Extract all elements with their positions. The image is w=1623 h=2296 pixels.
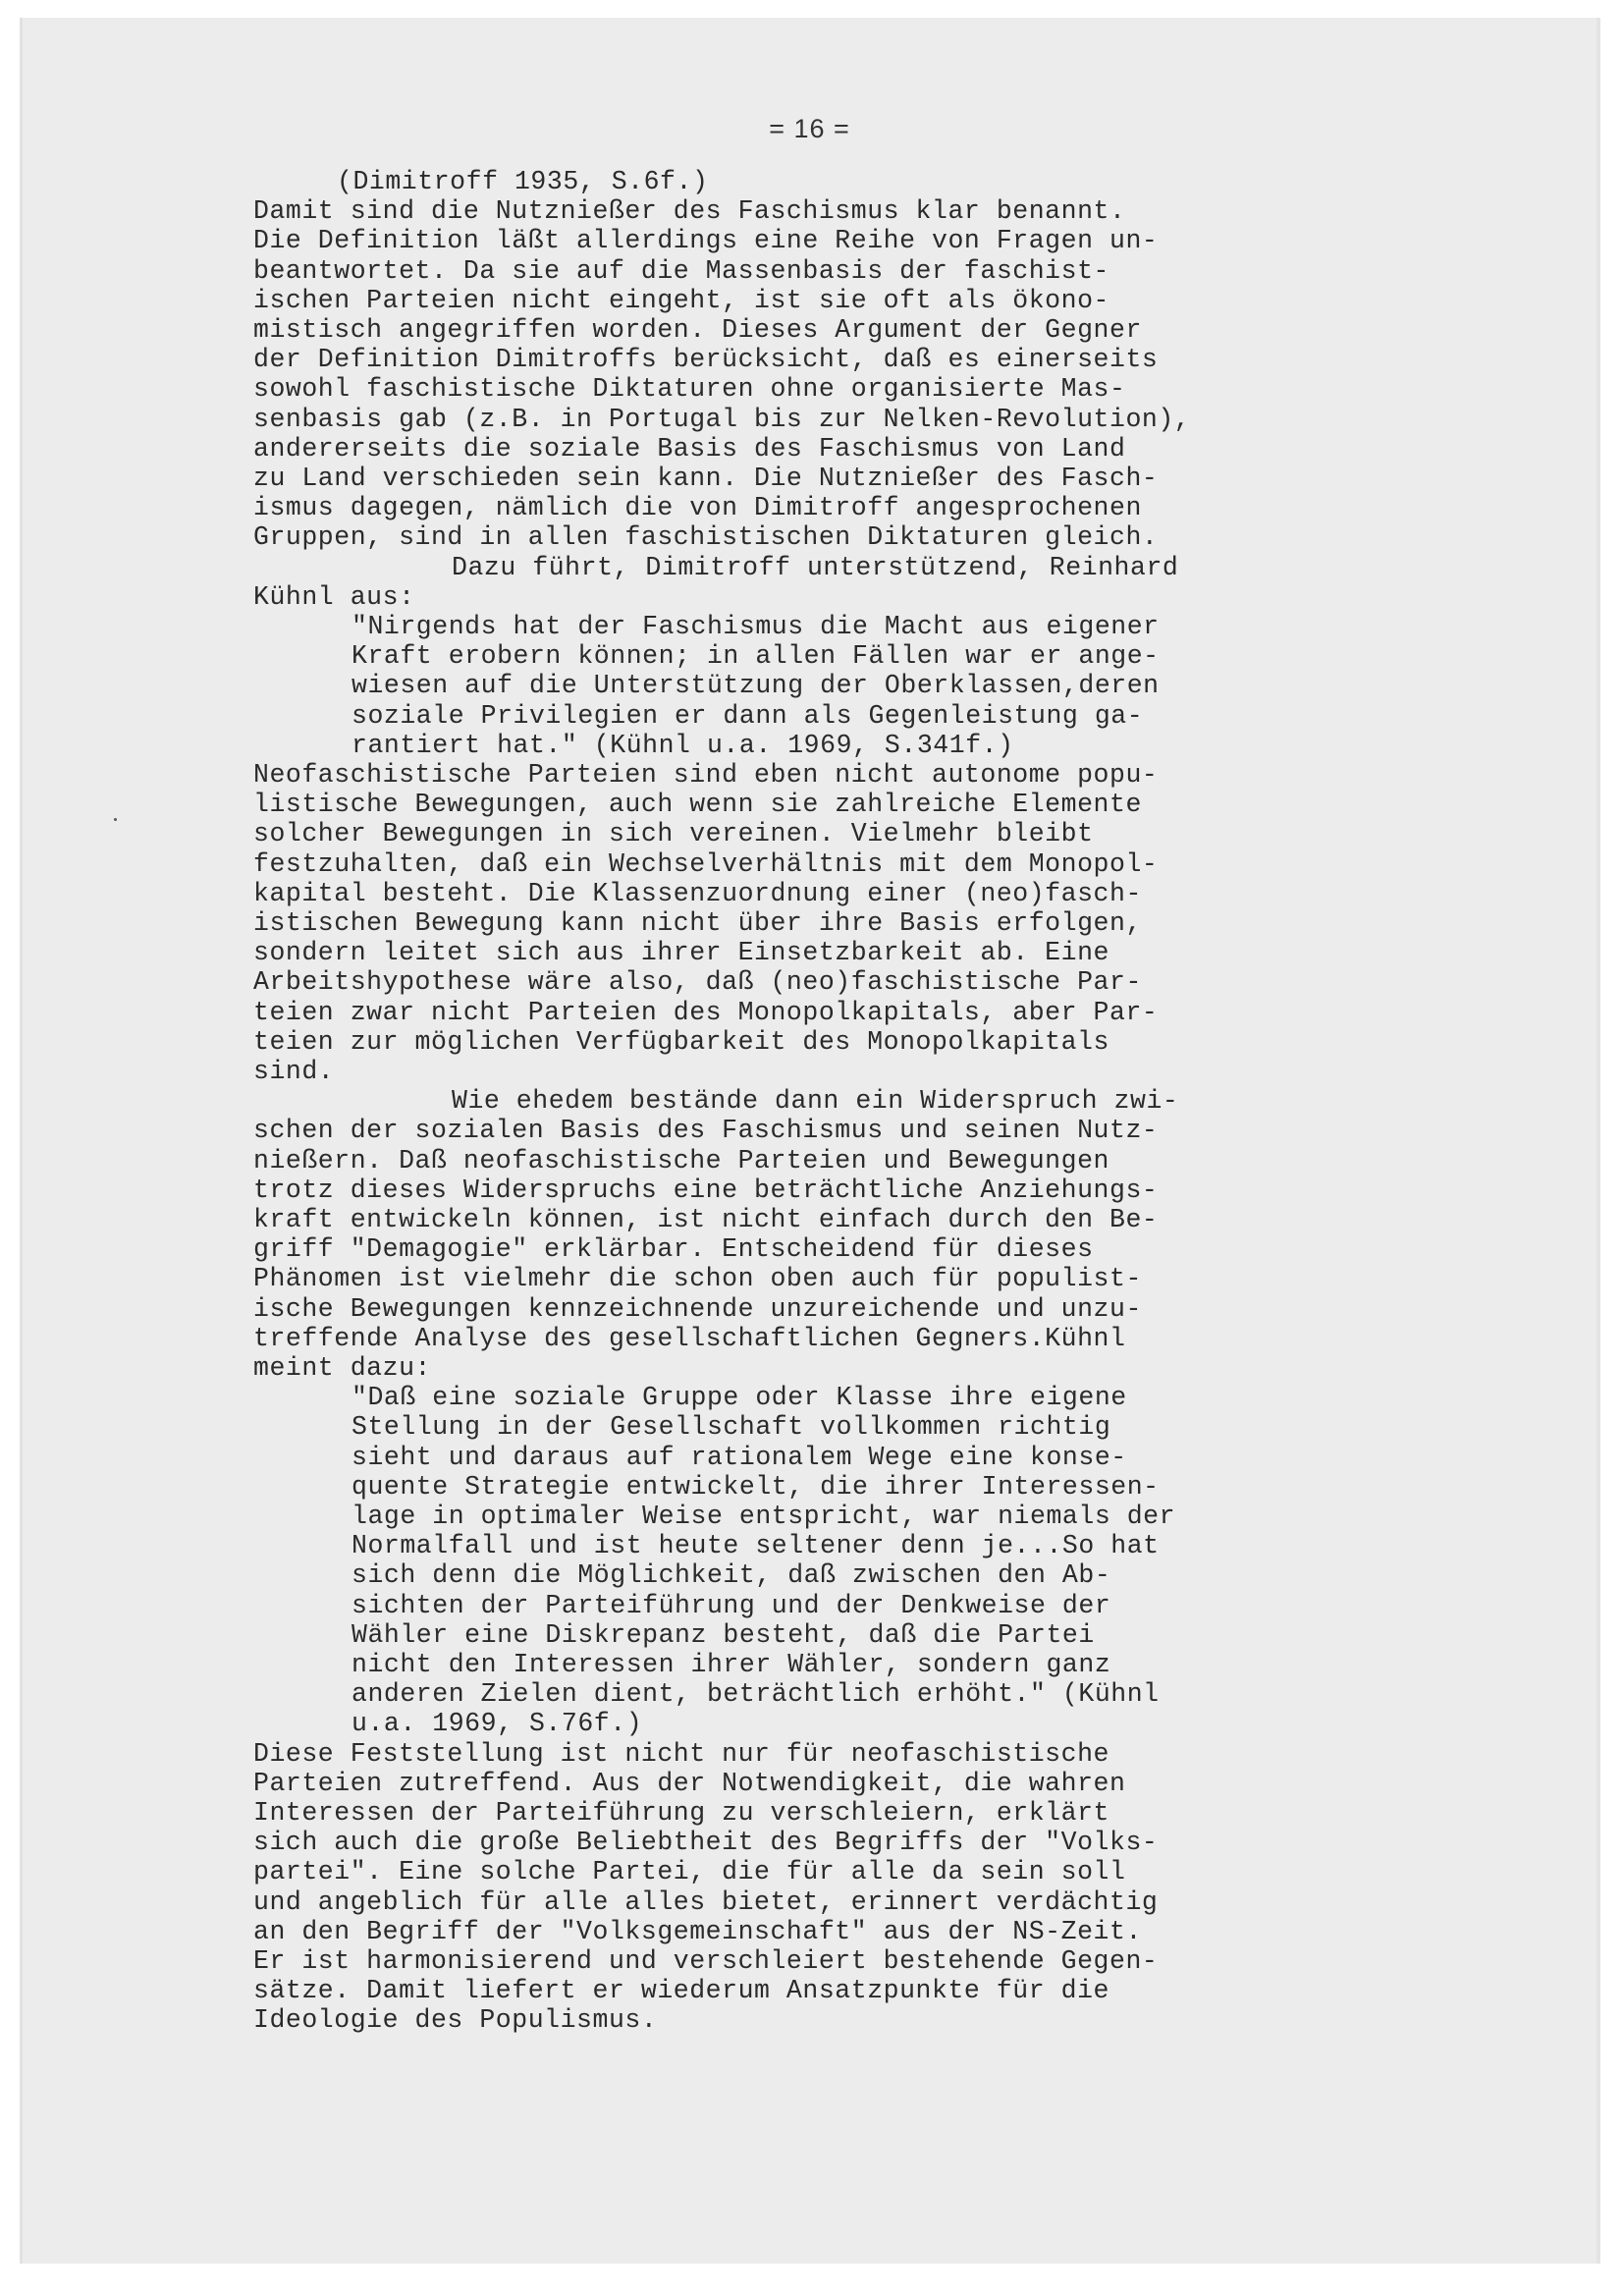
paragraph-first-line: Wie ehedem bestände dann ein Widerspruch… <box>452 1086 1178 1116</box>
body-line: teien zur möglichen Verfügbarkeit des Mo… <box>253 1027 1109 1057</box>
quoted-line: Wähler eine Diskrepanz besteht, daß die … <box>352 1620 1095 1650</box>
typewritten-body-text: (Dimitroff 1935, S.6f.)Damit sind die Nu… <box>23 18 1596 2264</box>
quoted-line: Normalfall und ist heute seltener denn j… <box>352 1531 1160 1560</box>
body-line: meint dazu: <box>253 1353 431 1383</box>
quoted-line: Stellung in der Gesellschaft vollkommen … <box>352 1412 1110 1442</box>
scanned-page: = 16 = (Dimitroff 1935, S.6f.)Damit sind… <box>20 18 1600 2264</box>
quoted-line: anderen Zielen dient, beträchtlich erhöh… <box>352 1679 1160 1709</box>
paragraph-first-line: Dazu führt, Dimitroff unterstützend, Rei… <box>452 553 1178 582</box>
body-line: Die Definition läßt allerdings eine Reih… <box>253 226 1158 255</box>
body-line: sich auch die große Beliebtheit des Begr… <box>253 1828 1158 1857</box>
scan-speck <box>114 818 117 821</box>
body-line: Arbeitshypothese wäre also, daß (neo)fas… <box>253 967 1142 997</box>
quoted-line: u.a. 1969, S.76f.) <box>352 1709 642 1738</box>
body-line: der Definition Dimitroffs berücksicht, d… <box>253 345 1158 374</box>
body-line: Kühnl aus: <box>253 582 415 612</box>
body-line: an den Begriff der "Volksgemeinschaft" a… <box>253 1917 1142 1946</box>
quoted-line: soziale Privilegien er dann als Gegenlei… <box>352 701 1143 731</box>
body-line: senbasis gab (z.B. in Portugal bis zur N… <box>253 405 1190 434</box>
quoted-line: "Nirgends hat der Faschismus die Macht a… <box>352 612 1160 641</box>
body-line: sind. <box>253 1057 334 1086</box>
body-line: kapital besteht. Die Klassenzuordnung ei… <box>253 879 1142 908</box>
body-line: Er ist harmonisierend und verschleiert b… <box>253 1946 1158 1976</box>
quoted-line: lage in optimaler Weise entspricht, war … <box>352 1502 1175 1531</box>
body-line: treffende Analyse des gesellschaftlichen… <box>253 1324 1125 1353</box>
body-line: sondern leitet sich aus ihrer Einsetzbar… <box>253 938 1109 967</box>
body-line: istischen Bewegung kann nicht über ihre … <box>253 908 1142 938</box>
body-line: ische Bewegungen kennzeichnende unzureic… <box>253 1294 1142 1324</box>
quoted-line: sich denn die Möglichkeit, daß zwischen … <box>352 1560 1110 1590</box>
body-line: nießern. Daß neofaschistische Parteien u… <box>253 1146 1109 1175</box>
quoted-line: sichten der Parteiführung und der Denkwe… <box>352 1591 1110 1620</box>
body-line: Interessen der Parteiführung zu verschle… <box>253 1798 1109 1828</box>
quoted-line: "Daß eine soziale Gruppe oder Klasse ihr… <box>352 1383 1127 1412</box>
body-line: teien zwar nicht Parteien des Monopolkap… <box>253 998 1158 1027</box>
body-line: Neofaschistische Parteien sind eben nich… <box>253 760 1158 790</box>
body-line: schen der sozialen Basis des Faschismus … <box>253 1116 1158 1145</box>
body-line: sätze. Damit liefert er wiederum Ansatzp… <box>253 1976 1109 2005</box>
quoted-line: quente Strategie entwickelt, die ihrer I… <box>352 1472 1160 1502</box>
body-line: andererseits die soziale Basis des Fasch… <box>253 434 1125 464</box>
body-line: solcher Bewegungen in sich vereinen. Vie… <box>253 819 1094 848</box>
quoted-line: sieht und daraus auf rationalem Wege ein… <box>352 1443 1127 1472</box>
body-line: ischen Parteien nicht eingeht, ist sie o… <box>253 286 1109 315</box>
quoted-line: nicht den Interessen ihrer Wähler, sonde… <box>352 1650 1110 1679</box>
body-line: partei". Eine solche Partei, die für all… <box>253 1857 1125 1886</box>
body-line: Damit sind die Nutznießer des Faschismus… <box>253 196 1125 226</box>
body-line: sowohl faschistische Diktaturen ohne org… <box>253 374 1125 404</box>
quoted-line: rantiert hat." (Kühnl u.a. 1969, S.341f.… <box>352 731 1014 760</box>
body-line: Parteien zutreffend. Aus der Notwendigke… <box>253 1769 1125 1798</box>
body-line: zu Land verschieden sein kann. Die Nutzn… <box>253 464 1158 493</box>
body-line: Phänomen ist vielmehr die schon oben auc… <box>253 1264 1142 1293</box>
body-line: trotz dieses Widerspruchs eine beträchtl… <box>253 1175 1158 1205</box>
body-line: festzuhalten, daß ein Wechselverhältnis … <box>253 849 1158 879</box>
quoted-line: (Dimitroff 1935, S.6f.) <box>337 167 708 196</box>
body-line: Ideologie des Populismus. <box>253 2005 657 2035</box>
body-line: kraft entwickeln können, ist nicht einfa… <box>253 1205 1158 1234</box>
body-line: beantwortet. Da sie auf die Massenbasis … <box>253 256 1109 286</box>
body-line: Diese Feststellung ist nicht nur für neo… <box>253 1739 1109 1769</box>
body-line: ismus dagegen, nämlich die von Dimitroff… <box>253 493 1142 522</box>
body-line: mistisch angegriffen worden. Dieses Argu… <box>253 315 1142 345</box>
body-line: griff "Demagogie" erklärbar. Entscheiden… <box>253 1234 1094 1264</box>
quoted-line: Kraft erobern können; in allen Fällen wa… <box>352 641 1160 671</box>
body-line: Gruppen, sind in allen faschistischen Di… <box>253 522 1158 552</box>
body-line: listische Bewegungen, auch wenn sie zahl… <box>253 790 1142 819</box>
body-line: und angeblich für alle alles bietet, eri… <box>253 1887 1158 1917</box>
quoted-line: wiesen auf die Unterstützung der Oberkla… <box>352 671 1160 700</box>
